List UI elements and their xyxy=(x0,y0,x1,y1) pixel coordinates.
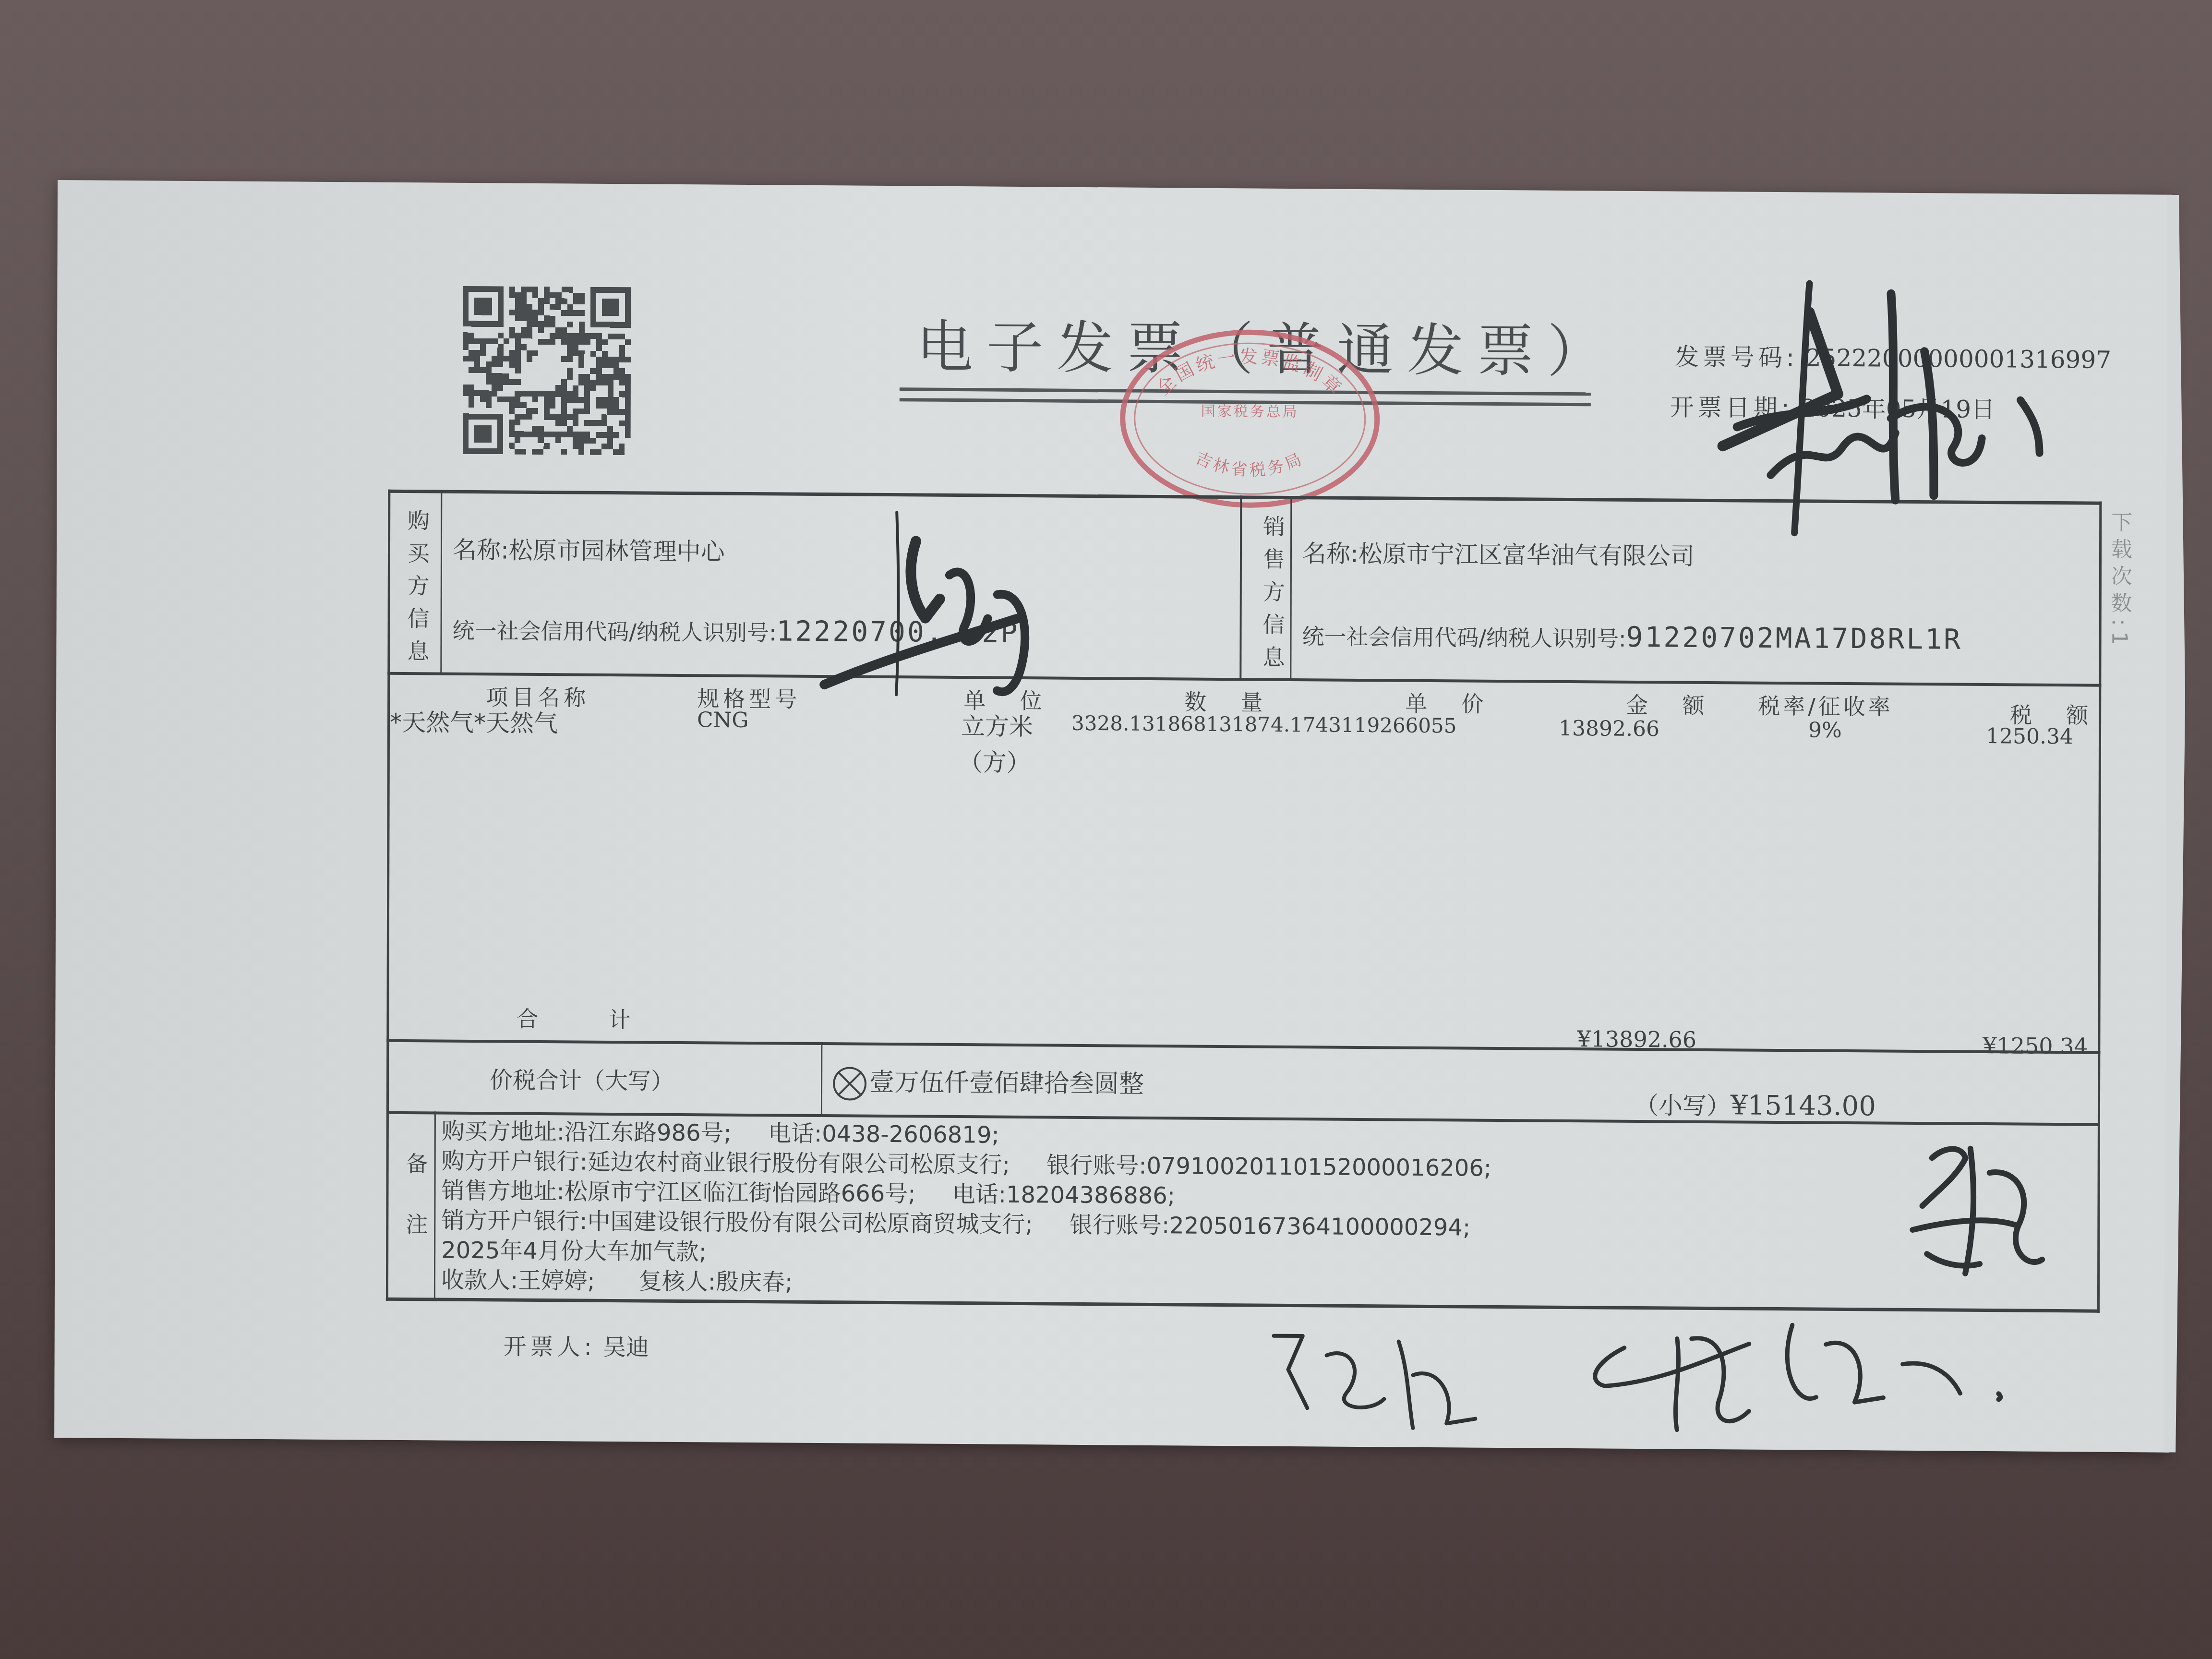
buyer-tax-id-label: 统一社会信用代码/纳税人识别号: xyxy=(452,618,776,646)
seller-name: 名称:松原市宁江区富华油气有限公司 xyxy=(1302,534,1695,572)
seller-name-value: 松原市宁江区富华油气有限公司 xyxy=(1358,540,1695,570)
seller-tax-id-value: 91220702MA17D8RL1R xyxy=(1626,621,1962,656)
total-label: 合 计 xyxy=(516,1002,630,1034)
invoice-number-label: 发票号码: xyxy=(1675,343,1798,372)
remarks-section-label: 备注 xyxy=(399,1152,432,1273)
tax-bureau-stamp: 全国统一发票监制章 国家税务总局 吉林省税务局 xyxy=(1115,326,1384,511)
stamp-middle-text: 国家税务总局 xyxy=(1201,403,1299,421)
row-spec: CNG xyxy=(697,708,748,733)
total-tax: ¥1250.34 xyxy=(1983,1033,2088,1059)
remarks-block: 购买方地址:沿江东路986号; 电话:0438-2606819; 购方开户银行:… xyxy=(441,1117,1491,1302)
invoice-number-value: 25222000000001316997 xyxy=(1806,344,2111,373)
stamp-bottom-text: 吉林省税务局 xyxy=(1192,448,1307,481)
grand-total-uppercase-value: 壹万伍仟壹佰肆拾叁圆整 xyxy=(869,1068,1144,1099)
download-count-label: 下载次数: xyxy=(2107,511,2132,632)
circle-x-icon xyxy=(833,1067,866,1100)
buyer-name-label: 名称: xyxy=(453,536,509,565)
issue-date: 开票日期: 2025年05月19日 xyxy=(1670,388,1995,425)
grand-total-lowercase-label: （小写） xyxy=(1635,1092,1731,1120)
row-unit-price: 4.1743119266055 xyxy=(1271,713,1457,738)
buyer-tax-id: 统一社会信用代码/纳税人识别号:12220700...2P xyxy=(452,613,1019,649)
download-count: 下载次数:1 xyxy=(2104,511,2135,651)
seller-name-label: 名称: xyxy=(1302,540,1358,568)
buyer-name: 名称:松原市园林管理中心 xyxy=(453,531,725,567)
row-unit-line2: （方） xyxy=(959,743,1031,778)
invoice-paper: 电子发票（普通发票） 全国统一发票监制章 国家税务总局 吉林省税务局 发票号码:… xyxy=(54,180,2172,1453)
buyer-tax-id-value: 12220700...2P xyxy=(776,614,1019,649)
handwritten-signature xyxy=(1254,1311,1504,1438)
qr-code-icon xyxy=(463,286,631,455)
issuer-name: 吴迪 xyxy=(603,1334,649,1361)
row-tax: 1250.34 xyxy=(1986,724,2073,749)
total-amount: ¥13892.66 xyxy=(1577,1026,1696,1053)
invoice-table: 购买方信息 名称:松原市园林管理中心 统一社会信用代码/纳税人识别号:12220… xyxy=(386,490,2102,1313)
issue-date-value: 2025年05月19日 xyxy=(1801,394,1995,423)
header-tax-rate: 税率/征收率 xyxy=(1758,689,1893,721)
buyer-name-value: 松原市园林管理中心 xyxy=(509,537,725,566)
seller-section-label: 销售方信息 xyxy=(1256,515,1288,678)
svg-text:吉林省税务局: 吉林省税务局 xyxy=(1192,448,1307,481)
grand-total-lowercase: （小写）¥15143.00 xyxy=(1635,1086,1876,1123)
header-amount: 金 额 xyxy=(1626,688,1711,720)
row-item-name: *天然气*天然气 xyxy=(390,703,558,739)
stamp-top-text: 全国统一发票监制章 xyxy=(1153,346,1348,400)
issuer: 开票人: 吴迪 xyxy=(504,1328,649,1362)
row-quantity: 3328.13186813187 xyxy=(1071,711,1270,736)
seller-tax-id: 统一社会信用代码/纳税人识别号:91220702MA17D8RL1R xyxy=(1302,618,1962,656)
seller-tax-id-label: 统一社会信用代码/纳税人识别号: xyxy=(1302,624,1626,652)
issue-date-label: 开票日期: xyxy=(1670,393,1793,422)
invoice-number: 发票号码: 25222000000001316997 xyxy=(1675,338,2111,375)
grand-total-lowercase-value: ¥15143.00 xyxy=(1731,1090,1876,1122)
grand-total-uppercase: 壹万伍仟壹佰肆拾叁圆整 xyxy=(833,1061,1144,1103)
buyer-section-label: 购买方信息 xyxy=(401,509,433,672)
grand-total-label: 价税合计（大写） xyxy=(490,1061,674,1096)
row-tax-rate: 9% xyxy=(1808,718,1842,742)
issuer-label: 开票人: xyxy=(504,1333,596,1360)
svg-text:全国统一发票监制章: 全国统一发票监制章 xyxy=(1153,346,1348,400)
row-unit: 立方米 xyxy=(961,707,1033,742)
row-amount: 13892.66 xyxy=(1559,716,1659,741)
download-count-value: 1 xyxy=(2107,632,2131,651)
